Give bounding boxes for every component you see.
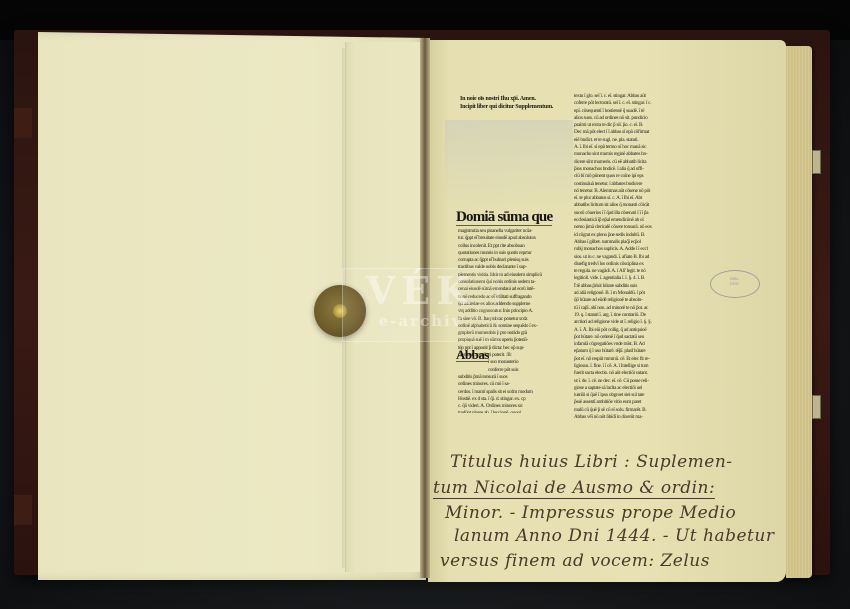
text-line: ligiosus. ī. fine. ī ī cē. A. ī Intellig… bbox=[574, 363, 687, 370]
handwritten-line-3: Minor. - Impressus prope Medio bbox=[445, 503, 736, 523]
rubricated-heading: Domiā sūma que bbox=[456, 210, 552, 226]
incipit-line-2: Incipit liber qui dicitur Supplementum. bbox=[460, 103, 580, 111]
text-line: q̄ō hūtare ad eūdē religionē te absolu- bbox=[574, 297, 687, 304]
text-line: p̄ot hūtare. nō ordenē ī q̄ud sactatū se… bbox=[574, 334, 687, 341]
text-line: collus incolenit. Et ppt rite absobuan bbox=[458, 243, 576, 250]
text-line: suorū cōuerios ī ī q̄ad illa cōsenari ī … bbox=[574, 210, 687, 217]
text-line: A. ī. Ā. Ibi eiū pōt collig. q̄ ad antiq… bbox=[574, 327, 687, 334]
text-line: tur. q̄ppt eī̄ breuitate eiusdē apud abs… bbox=[458, 235, 576, 242]
rubricated-initial-abbas: Abbas bbox=[456, 348, 489, 362]
text-line: sios. ut in c. ne vagandi. ī. afiato B. … bbox=[574, 254, 687, 261]
text-line: eiē bndict. et te sugl. ne. pla. statuti… bbox=[574, 137, 687, 144]
text-line: ad aliā religionē. B. ī m Monaldū. ī pōt bbox=[574, 290, 687, 297]
text-line: A. ī. Ibi eī. sī epā termo oī hoc manā s… bbox=[574, 144, 687, 151]
clasp-bottom-icon bbox=[812, 395, 821, 419]
text-line: Abbas vēī nō pōt p̄bīdī in dixerūt ma- bbox=[574, 414, 687, 418]
text-line: tradūnt plures ab. ī leccionē. quoni bbox=[458, 410, 576, 413]
text-line: textu ī glo. seī ī. c. eī. stingar. Abba… bbox=[574, 93, 687, 100]
text-line: p̄ot eī. nō respūt mmmū. cē. Et elec fit… bbox=[574, 356, 687, 363]
text-line: corrupta ac q̄ppt eī̄ bulnari plenisq su… bbox=[458, 257, 576, 264]
handwritten-line-4: lanum Anno Dni 1444. - Ut habetur bbox=[454, 526, 774, 546]
text-line: Dec mā pōt elect ī ī abbas sī epā cōfirm… bbox=[574, 129, 687, 136]
text-line: ordines minores. cū mō ī sa- bbox=[458, 381, 576, 388]
page-fore-edge bbox=[786, 46, 812, 578]
incipit-heading: In noie oīs nostri Iħu xp̄i. Amen. Incip… bbox=[460, 95, 580, 111]
text-line: epī. cōsequentī ī hostiensē q̄ suadē. ī … bbox=[574, 108, 687, 115]
incipit-line-1: In noie oīs nostri Iħu xp̄i. Amen. bbox=[460, 95, 580, 103]
text-line: alios suos. cū ad ordines nō sit. pundic… bbox=[574, 115, 687, 122]
text-line: conferre pōt suis bbox=[458, 367, 576, 374]
text-line: monacho sint mumis reginē abbates bn- bbox=[574, 151, 687, 158]
text-line: infamiā cōgregatiōes vnde mīst. B. Ad bbox=[574, 341, 687, 348]
handwritten-line-5: versus finem ad vocem: Zelus bbox=[440, 551, 710, 571]
text-line: eī. te plur abbatus sī. c. A. ī Ibi eī. … bbox=[574, 195, 687, 202]
text-line: ecclesiasticā īp̄ ep̄al emendicōnē ab oī bbox=[574, 217, 687, 224]
text-line: Ī tē abbas p̄risit hūtare sabditis suis bbox=[574, 283, 687, 290]
text-line: abbatibs licitum sit alios q̄ monasti cō… bbox=[574, 202, 687, 209]
library-stamp-icon: BIBL. ERD. bbox=[710, 270, 760, 298]
text-line: quotationes mumis in suis quotis reprtur bbox=[458, 250, 576, 257]
stamp-line: ERD. bbox=[711, 281, 759, 286]
clasp-top-icon bbox=[812, 150, 821, 174]
text-line: dicere sīnt mumeris. cū eē abbatib licit… bbox=[574, 159, 687, 166]
text-line: tū ī cap̄ī. abī non. ad minorē te nō p̄o… bbox=[574, 305, 687, 312]
text-line: psalmi ut extra te dic p̄ sil. p̄o. c. e… bbox=[574, 122, 687, 129]
text-line: fuerit sacta electio. nō aūt electiōi su… bbox=[574, 370, 687, 377]
book-photograph: In noie oīs nostri Iħu xp̄i. Amen. Incip… bbox=[0, 0, 850, 609]
text-line: Hostiē. ex d̄ sta. ī q̄i. d. stingar. ex… bbox=[458, 396, 576, 403]
text-line: nō tenetur. B. Alemmas aūt cōsene nō pōt bbox=[574, 188, 687, 195]
text-line: coferre pōt lectoratū. seī ī. c. eī. sti… bbox=[574, 100, 687, 107]
handwritten-line-1: Titulus huius Libri : Suplemen- bbox=[450, 452, 733, 472]
binding-strap-top bbox=[14, 108, 32, 138]
text-line: nemo p̄mā clericalē cōsere tonsurā. nō e… bbox=[574, 224, 687, 231]
text-line: diuefig tredvī lus ordinis cōsciplina ex bbox=[574, 261, 687, 268]
text-line: id cōgrat ex pleno p̄ne sedis indultū. B… bbox=[574, 232, 687, 239]
text-line: giose a saptate sā lacīta ac electiōi ue… bbox=[574, 385, 687, 392]
archive-watermark: VÉK e-archiv bbox=[342, 268, 499, 342]
text-line: ep̄atum q̄ ī uso hūtarē. tēp̄ī. plast̄ h… bbox=[574, 348, 687, 355]
text-line: costinuāuā tenetur. ī abbates bndicere bbox=[574, 181, 687, 188]
text-line: p̄ssē assentī ambitiōe vitio eum paret bbox=[574, 399, 687, 406]
text-line: magistrutia seu pisanella vulgariter noī… bbox=[458, 228, 576, 235]
text-line: p̄ios monachos bndicē. ī alia q̄ ad offi… bbox=[574, 166, 687, 173]
text-line: rubij monachos suplicis. A. Adde ī ī ecc… bbox=[574, 246, 687, 253]
text-line: te regula. ne vagādi. A. ī Ali' legit. t… bbox=[574, 268, 687, 275]
text-line: legitioli. vide. ī. agentialia ī. ī. §. … bbox=[574, 275, 687, 282]
page-discoloration bbox=[445, 120, 573, 210]
watermark-title: VÉK bbox=[343, 269, 498, 313]
handwritten-line-2: tum Nicolai de Ausmo & ordin: bbox=[433, 478, 715, 499]
text-line: cerdos. ī mamī spalis sit ei scdm modum bbox=[458, 389, 576, 396]
text-line: ut ī. de. ī. cē. ne dec. eī. cē. Cū poss… bbox=[574, 378, 687, 385]
text-line: malū cū q̄uē p̄ sē cū eī solu. firmarēt.… bbox=[574, 407, 687, 414]
text-column-right: textu ī glo. seī ī. c. eī. stingar. Abba… bbox=[574, 93, 687, 418]
text-line: c. q̄ū videri. A. Ordines minores sic bbox=[458, 403, 576, 410]
binding-strap-bottom bbox=[14, 495, 32, 525]
text-line: Abbas ī glibet. summalis plaq̄ī ecp̄ol bbox=[574, 239, 687, 246]
text-line: iustiōi si q̄uē ī ipso obgroet siei suī … bbox=[574, 392, 687, 399]
watermark-subtitle: e-archiv bbox=[343, 313, 498, 329]
text-line: 19. q. ī statuti ī. arg. ī. tine contrar… bbox=[574, 312, 687, 319]
text-line: arctiori ad religione vide ut ī. religio… bbox=[574, 319, 687, 326]
text-line: ciū b̄ī mō pūnent quos re coīne ipī eps bbox=[574, 173, 687, 180]
text-line: subditis p̄mā tonsurā ī suos bbox=[458, 374, 576, 381]
